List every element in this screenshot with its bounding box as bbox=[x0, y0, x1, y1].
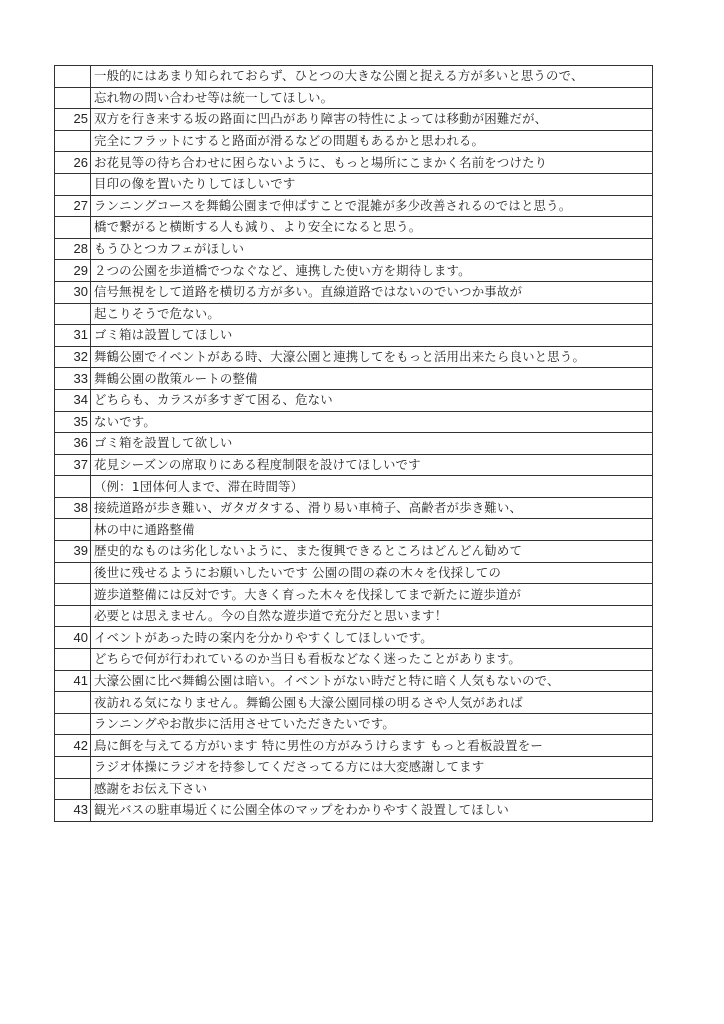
table-row: 必要とは思えません。今の自然な遊歩道で充分だと思います！ bbox=[55, 605, 653, 627]
comment-text-cell: 橋で繋がると横断する人も減り、より安全になると思う。 bbox=[91, 217, 653, 239]
row-number-cell: 30 bbox=[55, 281, 91, 303]
comment-text-cell: 遊歩道整備には反対です。大きく育った木々を伐採してまで新たに遊歩道が bbox=[91, 584, 653, 606]
table-row: 29２つの公園を歩道橋でつなぐなど、連携した使い方を期待します。 bbox=[55, 260, 653, 282]
comment-text-cell: イベントがあった時の案内を分かりやすくしてほしいです。 bbox=[91, 627, 653, 649]
row-number-cell bbox=[55, 757, 91, 779]
row-number-cell: 40 bbox=[55, 627, 91, 649]
table-row: 遊歩道整備には反対です。大きく育った木々を伐採してまで新たに遊歩道が bbox=[55, 584, 653, 606]
table-row: 30信号無視をして道路を横切る方が多い。直線道路ではないのでいつか事故が bbox=[55, 281, 653, 303]
table-row: 一般的にはあまり知られておらず、ひとつの大きな公園と捉える方が多いと思うので、 bbox=[55, 66, 653, 88]
comment-text-cell: 歴史的なものは劣化しないように、また復興できるところはどんどん勧めて bbox=[91, 541, 653, 563]
row-number-cell: 42 bbox=[55, 735, 91, 757]
table-row: 完全にフラットにすると路面が滑るなどの問題もあるかと思われる。 bbox=[55, 130, 653, 152]
row-number-cell: 31 bbox=[55, 325, 91, 347]
comment-text-cell: 忘れ物の問い合わせ等は統一してほしい。 bbox=[91, 87, 653, 109]
row-number-cell: 37 bbox=[55, 454, 91, 476]
comment-text-cell: 接続道路が歩き難い、ガタガタする、滑り易い車椅子、高齢者が歩き難い、 bbox=[91, 497, 653, 519]
comment-text-cell: 信号無視をして道路を横切る方が多い。直線道路ではないのでいつか事故が bbox=[91, 281, 653, 303]
row-number-cell: 41 bbox=[55, 670, 91, 692]
comment-text-cell: 舞鶴公園でイベントがある時、大濠公園と連携してをもっと活用出来たら良いと思う。 bbox=[91, 346, 653, 368]
row-number-cell: 38 bbox=[55, 497, 91, 519]
table-row: 40イベントがあった時の案内を分かりやすくしてほしいです。 bbox=[55, 627, 653, 649]
table-row: 32舞鶴公園でイベントがある時、大濠公園と連携してをもっと活用出来たら良いと思う… bbox=[55, 346, 653, 368]
comments-table: 一般的にはあまり知られておらず、ひとつの大きな公園と捉える方が多いと思うので、忘… bbox=[54, 65, 653, 822]
comment-text-cell: ないです。 bbox=[91, 411, 653, 433]
row-number-cell: 27 bbox=[55, 195, 91, 217]
comment-text-cell: お花見等の待ち合わせに困らないように、もっと場所にこまかく名前をつけたり bbox=[91, 152, 653, 174]
row-number-cell bbox=[55, 217, 91, 239]
table-row: 38接続道路が歩き難い、ガタガタする、滑り易い車椅子、高齢者が歩き難い、 bbox=[55, 497, 653, 519]
comment-text-cell: どちらも、カラスが多すぎて困る、危ない bbox=[91, 389, 653, 411]
table-row: 36ゴミ箱を設置して欲しい bbox=[55, 433, 653, 455]
row-number-cell bbox=[55, 66, 91, 88]
table-row: 41大濠公園に比べ舞鶴公園は暗い。イベントがない時だと特に暗く人気もないので、 bbox=[55, 670, 653, 692]
row-number-cell: 34 bbox=[55, 389, 91, 411]
row-number-cell bbox=[55, 713, 91, 735]
row-number-cell bbox=[55, 130, 91, 152]
row-number-cell: 26 bbox=[55, 152, 91, 174]
row-number-cell: 43 bbox=[55, 800, 91, 822]
comment-text-cell: 完全にフラットにすると路面が滑るなどの問題もあるかと思われる。 bbox=[91, 130, 653, 152]
row-number-cell: 29 bbox=[55, 260, 91, 282]
comment-text-cell: 双方を行き来する坂の路面に凹凸があり障害の特性によっては移動が困難だが、 bbox=[91, 109, 653, 131]
comment-text-cell: ゴミ箱は設置してほしい bbox=[91, 325, 653, 347]
table-row: 起こりそうで危ない。 bbox=[55, 303, 653, 325]
table-row: 43観光バスの駐車場近くに公園全体のマップをわかりやすく設置してほしい bbox=[55, 800, 653, 822]
row-number-cell bbox=[55, 649, 91, 671]
comment-text-cell: 感謝をお伝え下さい bbox=[91, 778, 653, 800]
comment-text-cell: 必要とは思えません。今の自然な遊歩道で充分だと思います！ bbox=[91, 605, 653, 627]
table-row: 感謝をお伝え下さい bbox=[55, 778, 653, 800]
table-row: 橋で繋がると横断する人も減り、より安全になると思う。 bbox=[55, 217, 653, 239]
table-row: （例：1団体何人まで、滞在時間等） bbox=[55, 476, 653, 498]
row-number-cell: 35 bbox=[55, 411, 91, 433]
comment-text-cell: 起こりそうで危ない。 bbox=[91, 303, 653, 325]
table-row: ランニングやお散歩に活用させていただきたいです。 bbox=[55, 713, 653, 735]
table-row: 後世に残せるようにお願いしたいです 公園の間の森の木々を伐採しての bbox=[55, 562, 653, 584]
row-number-cell: 39 bbox=[55, 541, 91, 563]
comment-text-cell: ラジオ体操にラジオを持参してくださってる方には大変感謝してます bbox=[91, 757, 653, 779]
document-page: 一般的にはあまり知られておらず、ひとつの大きな公園と捉える方が多いと思うので、忘… bbox=[0, 0, 724, 1024]
comment-text-cell: 舞鶴公園の散策ルートの整備 bbox=[91, 368, 653, 390]
comment-text-cell: 林の中に通路整備 bbox=[91, 519, 653, 541]
table-row: 35ないです。 bbox=[55, 411, 653, 433]
comment-text-cell: もうひとつカフェがほしい bbox=[91, 238, 653, 260]
table-row: 目印の像を置いたりしてほしいです bbox=[55, 173, 653, 195]
comment-text-cell: 一般的にはあまり知られておらず、ひとつの大きな公園と捉える方が多いと思うので、 bbox=[91, 66, 653, 88]
comment-text-cell: 鳥に餌を与えてる方がいます 特に男性の方がみうけらます もっと看板設置をー bbox=[91, 735, 653, 757]
row-number-cell bbox=[55, 584, 91, 606]
comment-text-cell: 観光バスの駐車場近くに公園全体のマップをわかりやすく設置してほしい bbox=[91, 800, 653, 822]
row-number-cell: 36 bbox=[55, 433, 91, 455]
table-row: 39歴史的なものは劣化しないように、また復興できるところはどんどん勧めて bbox=[55, 541, 653, 563]
row-number-cell bbox=[55, 303, 91, 325]
comment-text-cell: 後世に残せるようにお願いしたいです 公園の間の森の木々を伐採しての bbox=[91, 562, 653, 584]
row-number-cell bbox=[55, 173, 91, 195]
comment-text-cell: ランニングコースを舞鶴公園まで伸ばすことで混雑が多少改善されるのではと思う。 bbox=[91, 195, 653, 217]
row-number-cell bbox=[55, 778, 91, 800]
table-row: 忘れ物の問い合わせ等は統一してほしい。 bbox=[55, 87, 653, 109]
table-row: 33舞鶴公園の散策ルートの整備 bbox=[55, 368, 653, 390]
table-row: 42鳥に餌を与えてる方がいます 特に男性の方がみうけらます もっと看板設置をー bbox=[55, 735, 653, 757]
comment-text-cell: 大濠公園に比べ舞鶴公園は暗い。イベントがない時だと特に暗く人気もないので、 bbox=[91, 670, 653, 692]
row-number-cell bbox=[55, 562, 91, 584]
table-row: 26お花見等の待ち合わせに困らないように、もっと場所にこまかく名前をつけたり bbox=[55, 152, 653, 174]
row-number-cell: 33 bbox=[55, 368, 91, 390]
comment-text-cell: ２つの公園を歩道橋でつなぐなど、連携した使い方を期待します。 bbox=[91, 260, 653, 282]
comment-text-cell: ゴミ箱を設置して欲しい bbox=[91, 433, 653, 455]
table-row: 夜訪れる気になりません。舞鶴公園も大濠公園同様の明るさや人気があれば bbox=[55, 692, 653, 714]
table-row: 34どちらも、カラスが多すぎて困る、危ない bbox=[55, 389, 653, 411]
row-number-cell bbox=[55, 605, 91, 627]
row-number-cell: 25 bbox=[55, 109, 91, 131]
comment-text-cell: ランニングやお散歩に活用させていただきたいです。 bbox=[91, 713, 653, 735]
row-number-cell bbox=[55, 87, 91, 109]
comment-text-cell: 夜訪れる気になりません。舞鶴公園も大濠公園同様の明るさや人気があれば bbox=[91, 692, 653, 714]
row-number-cell: 32 bbox=[55, 346, 91, 368]
table-row: 28もうひとつカフェがほしい bbox=[55, 238, 653, 260]
row-number-cell bbox=[55, 692, 91, 714]
comment-text-cell: 花見シーズンの席取りにある程度制限を設けてほしいです bbox=[91, 454, 653, 476]
table-row: 27ランニングコースを舞鶴公園まで伸ばすことで混雑が多少改善されるのではと思う。 bbox=[55, 195, 653, 217]
table-row: 31ゴミ箱は設置してほしい bbox=[55, 325, 653, 347]
comment-text-cell: （例：1団体何人まで、滞在時間等） bbox=[91, 476, 653, 498]
row-number-cell: 28 bbox=[55, 238, 91, 260]
table-row: ラジオ体操にラジオを持参してくださってる方には大変感謝してます bbox=[55, 757, 653, 779]
row-number-cell bbox=[55, 476, 91, 498]
comments-table-body: 一般的にはあまり知られておらず、ひとつの大きな公園と捉える方が多いと思うので、忘… bbox=[55, 66, 653, 822]
table-row: 25双方を行き来する坂の路面に凹凸があり障害の特性によっては移動が困難だが、 bbox=[55, 109, 653, 131]
comment-text-cell: どちらで何が行われているのか当日も看板などなく迷ったことがあります。 bbox=[91, 649, 653, 671]
table-row: 37花見シーズンの席取りにある程度制限を設けてほしいです bbox=[55, 454, 653, 476]
comment-text-cell: 目印の像を置いたりしてほしいです bbox=[91, 173, 653, 195]
table-row: 林の中に通路整備 bbox=[55, 519, 653, 541]
table-row: どちらで何が行われているのか当日も看板などなく迷ったことがあります。 bbox=[55, 649, 653, 671]
row-number-cell bbox=[55, 519, 91, 541]
